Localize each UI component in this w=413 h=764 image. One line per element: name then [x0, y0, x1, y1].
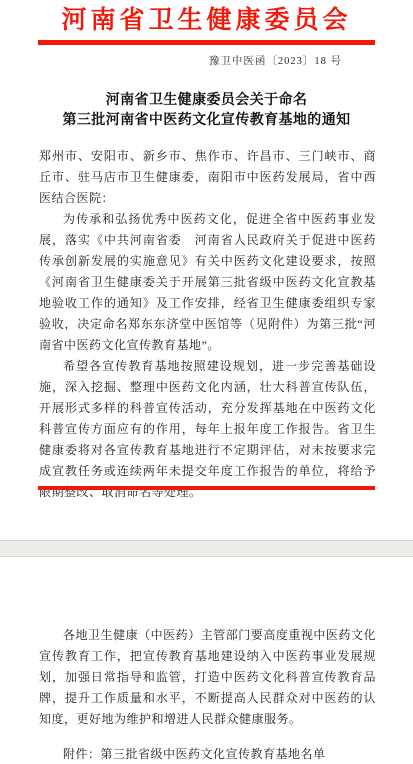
page-1: 河南省卫生健康委员会 豫卫中医函〔2023〕18 号 河南省卫生健康委员会关于命… — [0, 0, 413, 540]
notice-title: 河南省卫生健康委员会关于命名 第三批河南省中医药文化宣传教育基地的通知 — [0, 91, 413, 131]
page-2: 各地卫生健康（中医药）主管部门要高度重视中医药文化宣传教育工作，把宣传教育基地建… — [0, 557, 413, 764]
body-paragraph: 希望各宣传教育基地按照建设规划，进一步完善基础设施，深入挖掘、整理中医药文化内涵… — [39, 356, 376, 503]
body-paragraph: 各地卫生健康（中医药）主管部门要高度重视中医药文化宣传教育工作，把宣传教育基地建… — [39, 625, 376, 730]
agency-letterhead-title: 河南省卫生健康委员会 — [0, 7, 413, 34]
page-footer-divider-line — [38, 486, 375, 490]
notice-body-page1: 郑州市、安阳市、新乡市、焦作市、许昌市、三门峡市、商丘市、驻马店市卫生健康委，南… — [39, 146, 376, 503]
page-separator — [0, 540, 413, 557]
attachment-line: 附件：第三批省级中医药文化宣传教育基地名单 — [39, 744, 376, 764]
notice-title-line2: 第三批河南省中医药文化宣传教育基地的通知 — [0, 111, 413, 131]
document-reference-number: 豫卫中医函〔2023〕18 号 — [0, 55, 413, 68]
body-paragraph: 为传承和弘扬优秀中医药文化，促进全省中医药事业发展，落实《中共河南省委 河南省人… — [39, 209, 376, 356]
letterhead-divider-line — [38, 40, 375, 45]
document-viewer[interactable]: 河南省卫生健康委员会 豫卫中医函〔2023〕18 号 河南省卫生健康委员会关于命… — [0, 0, 413, 764]
addressee-line: 郑州市、安阳市、新乡市、焦作市、许昌市、三门峡市、商丘市、驻马店市卫生健康委，南… — [39, 146, 376, 209]
notice-body-page2: 各地卫生健康（中医药）主管部门要高度重视中医药文化宣传教育工作，把宣传教育基地建… — [39, 625, 376, 764]
notice-title-line1: 河南省卫生健康委员会关于命名 — [0, 91, 413, 111]
